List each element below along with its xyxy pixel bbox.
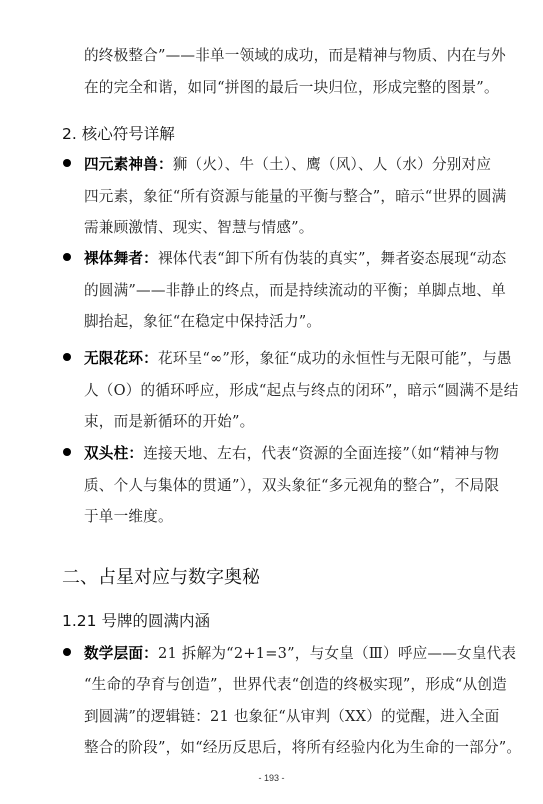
list-item: 无限花环：花环呈“∞”形，象征“成功的永恒性与无限可能”，与愚 (84, 347, 512, 368)
bullet-icon (63, 159, 71, 167)
item-term: 数学层面： (84, 645, 158, 662)
item-text: 21 拆解为“2+1=3”，与女皇（Ⅲ）呼应——女皇代表 (158, 645, 516, 662)
paragraph-line: 在的完全和谐，如同“拼图的最后一块归位，形成完整的图景”。 (84, 76, 499, 97)
list-item: 四元素神兽：狮（火）、牛（土）、鹰（风）、人（水）分别对应 (84, 153, 491, 174)
paragraph-line: 的终极整合”——非单一领域的成功，而是精神与物质、内在与外 (84, 44, 506, 65)
list-item-line: 到圆满”的逻辑链：21 也象征“从审判（ⅩⅩ）的觉醒，进入全面 (84, 705, 499, 726)
list-item-line: 的圆满”——非静止的终点，而是持续流动的平衡；单脚点地、单 (84, 279, 506, 300)
bullet-icon (63, 353, 71, 361)
list-item: 数学层面：21 拆解为“2+1=3”，与女皇（Ⅲ）呼应——女皇代表 (84, 642, 516, 663)
list-item-line: “生命的孕育与创造”，世界代表“创造的终极实现”，形成“从创造 (84, 673, 507, 694)
list-item-line: 人（O）的循环呼应，形成“起点与终点的闭环”，暗示“圆满不是结 (84, 379, 519, 400)
list-item-line: 于单一维度。 (84, 505, 173, 526)
item-term: 四元素神兽： (84, 156, 173, 173)
item-text: 裸体代表“卸下所有伪装的真实”，舞者姿态展现“动态 (158, 250, 506, 267)
item-term: 双头柱： (84, 445, 143, 462)
list-item: 裸体舞者：裸体代表“卸下所有伪装的真实”，舞者姿态展现“动态 (84, 247, 506, 268)
subsection-heading: 1.21 号牌的圆满内涵 (62, 609, 210, 631)
list-item-line: 需兼顾激情、现实、智慧与情感”。 (84, 216, 314, 237)
section-heading: 2. 核心符号详解 (62, 122, 175, 144)
page-number: - 193 - (0, 773, 543, 783)
item-term: 无限花环： (84, 350, 158, 367)
list-item-line: 束，而是新循环的开始”。 (84, 410, 254, 431)
item-text: 连接天地、左右，代表“资源的全面连接”（如“精神与物 (143, 445, 499, 462)
bullet-icon (63, 648, 71, 656)
list-item-line: 质、个人与集体的贯通”），双头象征“多元视角的整合”，不局限 (84, 474, 499, 495)
list-item-line: 整合的阶段”，如“经历反思后，将所有经验内化为生命的一部分”。 (84, 736, 521, 757)
chapter-heading: 二、占星对应与数字奥秘 (62, 563, 260, 589)
item-text: 花环呈“∞”形，象征“成功的永恒性与无限可能”，与愚 (158, 350, 512, 367)
list-item-line: 四元素，象征“所有资源与能量的平衡与整合”，暗示“世界的圆满 (84, 185, 506, 206)
item-text: 狮（火）、牛（土）、鹰（风）、人（水）分别对应 (173, 156, 491, 173)
bullet-icon (63, 253, 71, 261)
list-item: 双头柱：连接天地、左右，代表“资源的全面连接”（如“精神与物 (84, 442, 499, 463)
bullet-icon (63, 448, 71, 456)
list-item-line: 脚抬起，象征“在稳定中保持活力”。 (84, 310, 321, 331)
item-term: 裸体舞者： (84, 250, 158, 267)
